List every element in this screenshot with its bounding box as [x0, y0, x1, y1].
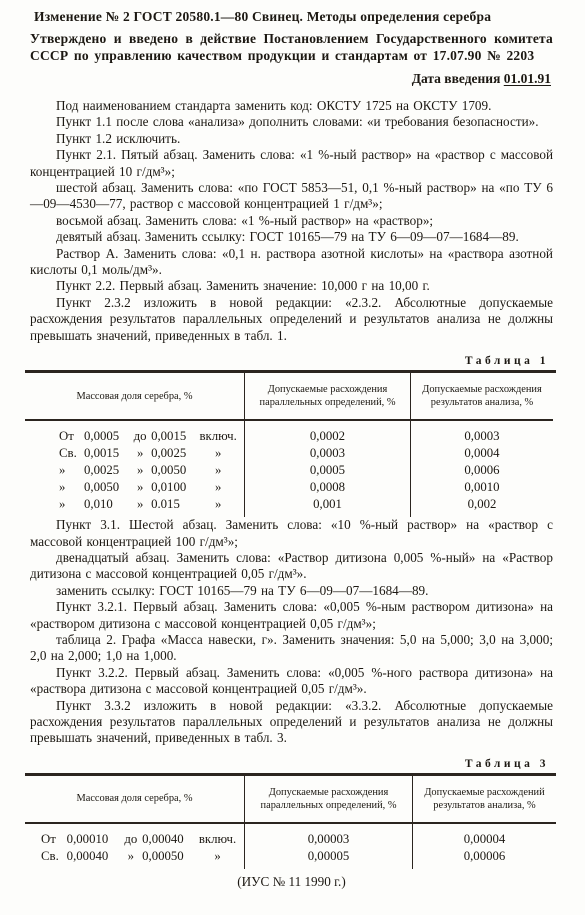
range-from-label: »: [59, 496, 84, 513]
silver-range: » 0,010 » 0.015 »: [29, 496, 240, 513]
parallel-diff-value: 0,0003: [244, 445, 410, 462]
effective-date-value: 01.01.91: [504, 71, 551, 86]
parallel-diff-value: 0,0002: [244, 421, 410, 445]
paragraph-solution-a: Раствор А. Заменить слова: «0,1 н. раств…: [30, 246, 553, 279]
source-note: (ИУС № 11 1990 г.): [30, 874, 553, 890]
range-to-label: »: [120, 848, 142, 865]
parallel-diff-value: 0,0005: [244, 462, 410, 479]
parallel-diff-value: 0,00003: [244, 824, 412, 848]
effective-date-line: Дата введения 01.01.91: [30, 71, 551, 87]
paragraph-item-2-3-2: Пункт 2.3.2 изложить в новой редакции: «…: [30, 295, 553, 344]
paragraph-item-3-1: Пункт 3.1. Шестой абзац. Заменить слова:…: [30, 517, 553, 550]
analysis-diff-value: 0,0006: [410, 462, 553, 479]
range-from-value: 0,0015: [84, 445, 129, 462]
range-to-value: 0,00040: [142, 831, 195, 848]
paragraph-item-2-1: Пункт 2.1. Пятый абзац. Заменить слова: …: [30, 147, 553, 180]
silver-range: От 0,00010 до 0,00040 включ.: [29, 831, 240, 848]
range-to-value: 0,0015: [151, 428, 196, 445]
range-from-value: 0,00040: [67, 848, 120, 865]
analysis-diff-value: 0,00006: [412, 848, 556, 869]
silver-range: Св. 0,00040 » 0,00050 »: [29, 848, 240, 865]
silver-range: » 0,0050 » 0,0100 »: [29, 479, 240, 496]
paragraph-ninth-abzac: девятый абзац. Заменить ссылку: ГОСТ 101…: [30, 229, 553, 245]
range-from-value: 0,010: [84, 496, 129, 513]
range-to-value: 0.015: [151, 496, 196, 513]
range-incl-label: »: [196, 479, 240, 496]
document-page: Изменение № 2 ГОСТ 20580.1—80 Свинец. Ме…: [0, 0, 585, 915]
analysis-diff-value: 0,002: [410, 496, 553, 517]
silver-range: » 0,0025 » 0,0050 »: [29, 462, 240, 479]
table3-header-parallel-diff: Допускаемые расхождения параллельных опр…: [244, 776, 412, 824]
range-to-label: »: [129, 445, 151, 462]
paragraph-item-3-3-2: Пункт 3.3.2 изложить в новой редакции: «…: [30, 698, 553, 747]
table3: Массовая доля серебра, % Допускаемые рас…: [25, 773, 556, 869]
range-from-label: От: [41, 831, 67, 848]
parallel-diff-value: 0,00005: [244, 848, 412, 869]
range-incl-label: включ.: [196, 428, 240, 445]
range-incl-label: »: [196, 462, 240, 479]
range-incl-label: »: [196, 445, 240, 462]
paragraph-item-3-2-1: Пункт 3.2.1. Первый абзац. Заменить слов…: [30, 599, 553, 632]
range-from-value: 0,0005: [84, 428, 129, 445]
table3-header-analysis-diff: Допускаемые расхождений результатов анал…: [412, 776, 556, 824]
range-from-label: Св.: [59, 445, 84, 462]
paragraph-item-1-1: Пункт 1.1 после слова «анализа» дополнит…: [30, 114, 553, 130]
parallel-diff-value: 0,001: [244, 496, 410, 517]
range-to-label: »: [129, 462, 151, 479]
range-from-value: 0,0025: [84, 462, 129, 479]
range-from-value: 0,0050: [84, 479, 129, 496]
paragraph-reference-replace: заменить ссылку: ГОСТ 10165—79 на ТУ 6—0…: [30, 583, 553, 599]
table1-header-parallel-diff: Допускаемые расхождения параллельных опр…: [244, 373, 410, 421]
range-to-value: 0,0050: [151, 462, 196, 479]
range-from-label: »: [59, 479, 84, 496]
range-to-value: 0,00050: [142, 848, 195, 865]
silver-range: Св. 0,0015 » 0,0025 »: [29, 445, 240, 462]
page-title: Изменение № 2 ГОСТ 20580.1—80 Свинец. Ме…: [30, 8, 553, 25]
paragraph-twelfth-abzac: двенадцатый абзац. Заменить слова: «Раст…: [30, 550, 553, 583]
range-to-label: »: [129, 479, 151, 496]
silver-range: От 0,0005 до 0,0015 включ.: [29, 428, 240, 445]
table3-header-mass-fraction: Массовая доля серебра, %: [25, 776, 244, 824]
paragraph-item-1-2: Пункт 1.2 исключить.: [30, 131, 553, 147]
range-to-value: 0,0025: [151, 445, 196, 462]
range-from-label: От: [59, 428, 84, 445]
analysis-diff-value: 0,0003: [410, 421, 553, 445]
range-to-label: до: [129, 428, 151, 445]
paragraph-sixth-abzac: шестой абзац. Заменить слова: «по ГОСТ 5…: [30, 180, 553, 213]
paragraph-item-2-2: Пункт 2.2. Первый абзац. Заменить значен…: [30, 278, 553, 294]
table1-header-mass-fraction: Массовая доля серебра, %: [25, 373, 244, 421]
range-incl-label: включ.: [195, 831, 240, 848]
table1-header-analysis-diff: Допускаемые расхождения результатов анал…: [410, 373, 553, 421]
range-incl-label: »: [195, 848, 240, 865]
analysis-diff-value: 0,00004: [412, 824, 556, 848]
range-to-label: до: [120, 831, 142, 848]
table3-caption: Таблица 3: [30, 758, 549, 770]
analysis-diff-value: 0,0010: [410, 479, 553, 496]
table1-caption: Таблица 1: [30, 355, 549, 367]
paragraph-item-3-2-2: Пункт 3.2.2. Первый абзац. Заменить слов…: [30, 665, 553, 698]
range-to-value: 0,0100: [151, 479, 196, 496]
parallel-diff-value: 0,0008: [244, 479, 410, 496]
table1: Массовая доля серебра, % Допускаемые рас…: [25, 370, 556, 517]
range-from-label: Св.: [41, 848, 67, 865]
effective-date-label: Дата введения: [412, 71, 501, 86]
approval-statement: Утверждено и введено в действие Постанов…: [30, 30, 553, 64]
range-from-value: 0,00010: [67, 831, 120, 848]
range-from-label: »: [59, 462, 84, 479]
paragraph-code-replace: Под наименованием стандарта заменить код…: [30, 98, 553, 114]
paragraph-table2-masses: таблица 2. Графа «Масса навески, г». Зам…: [30, 632, 553, 665]
analysis-diff-value: 0,0004: [410, 445, 553, 462]
paragraph-eighth-abzac: восьмой абзац. Заменить слова: «1 %-ный …: [30, 213, 553, 229]
range-incl-label: »: [196, 496, 240, 513]
range-to-label: »: [129, 496, 151, 513]
